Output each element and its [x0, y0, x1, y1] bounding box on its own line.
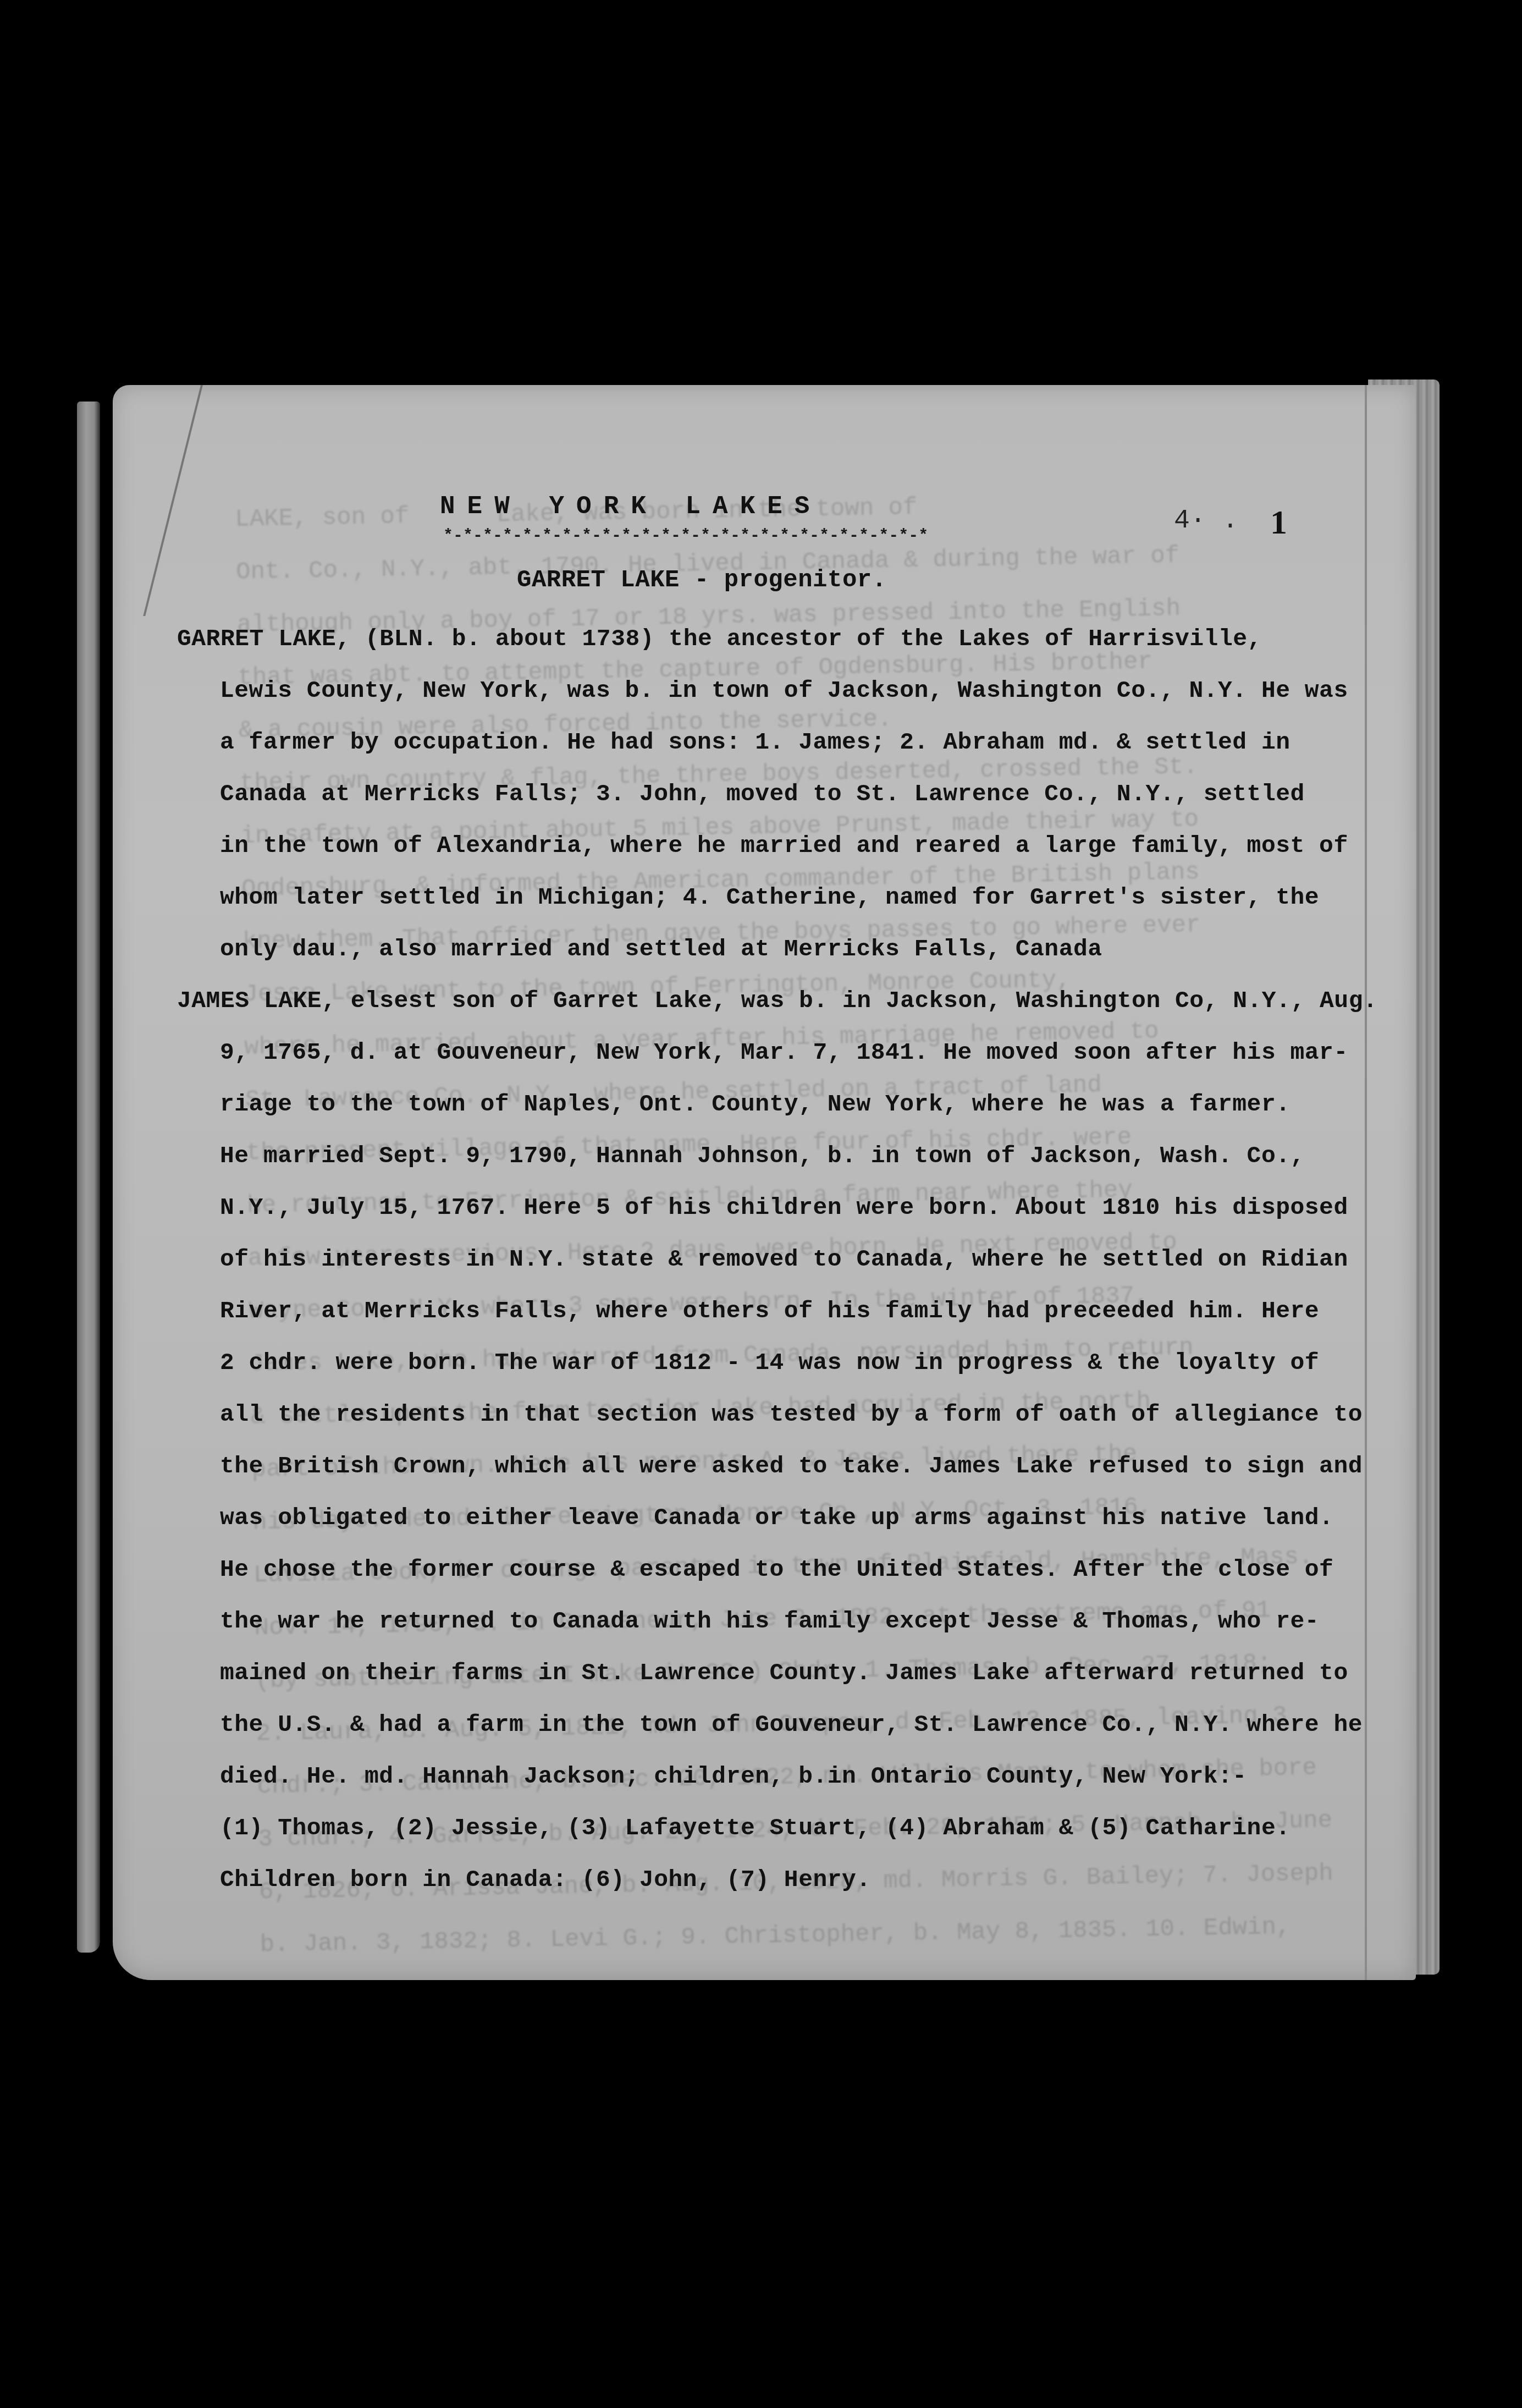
- text-line: the war he returned to Canada with his f…: [220, 1609, 1319, 1633]
- text-line: River, at Merricks Falls, where others o…: [220, 1299, 1319, 1323]
- typed-text: NEW YORK LAKES *-*-*-*-*-*-*-*-*-*-*-*-*…: [0, 0, 1522, 2408]
- title-underline-rule: *-*-*-*-*-*-*-*-*-*-*-*-*-*-*-*-*-*-*-*-…: [443, 527, 928, 546]
- text-line: Children born in Canada: (6) John, (7) H…: [220, 1868, 871, 1892]
- text-line: was obligated to either leave Canada or …: [220, 1506, 1333, 1530]
- text-line: Lewis County, New York, was b. in town o…: [220, 679, 1348, 702]
- text-line: a farmer by occupation. He had sons: 1. …: [220, 730, 1291, 754]
- text-line: GARRET LAKE, (BLN. b. about 1738) the an…: [177, 627, 1262, 651]
- text-line: mained on their farms in St. Lawrence Co…: [220, 1661, 1348, 1685]
- text-line: He chose the former course & escaped to …: [220, 1558, 1333, 1581]
- text-line: the British Crown, which all were asked …: [220, 1454, 1363, 1478]
- text-line: riage to the town of Naples, Ont. County…: [220, 1092, 1291, 1116]
- text-line: of his interests in N.Y. state & removed…: [220, 1247, 1348, 1271]
- text-line: Canada at Merricks Falls; 3. John, moved…: [220, 782, 1305, 806]
- text-line: 2 chdr. were born. The war of 1812 - 14 …: [220, 1351, 1319, 1375]
- text-line: He married Sept. 9, 1790, Hannah Johnson…: [220, 1144, 1305, 1168]
- text-line: only dau., also married and settled at M…: [220, 937, 1102, 961]
- page-stamp-mark: 4· .: [1174, 506, 1238, 536]
- section-heading: GARRET LAKE - progenitor.: [517, 567, 887, 594]
- text-line: in the town of Alexandria, where he marr…: [220, 834, 1348, 857]
- text-line: the U.S. & had a farm in the town of Gou…: [220, 1713, 1363, 1736]
- document-title: NEW YORK LAKES: [440, 492, 821, 521]
- text-line: all the residents in that section was te…: [220, 1403, 1363, 1426]
- page-number: 1: [1270, 503, 1288, 542]
- text-line: (1) Thomas, (2) Jessie, (3) Lafayette St…: [220, 1816, 1291, 1840]
- text-line: whom later settled in Michigan; 4. Cathe…: [220, 886, 1319, 909]
- text-line: N.Y., July 15, 1767. Here 5 of his child…: [220, 1196, 1348, 1219]
- text-line: died. He. md. Hannah Jackson; children, …: [220, 1764, 1247, 1788]
- text-line: 9, 1765, d. at Gouveneur, New York, Mar.…: [220, 1041, 1348, 1064]
- text-line: JAMES LAKE, elsest son of Garret Lake, w…: [177, 989, 1377, 1013]
